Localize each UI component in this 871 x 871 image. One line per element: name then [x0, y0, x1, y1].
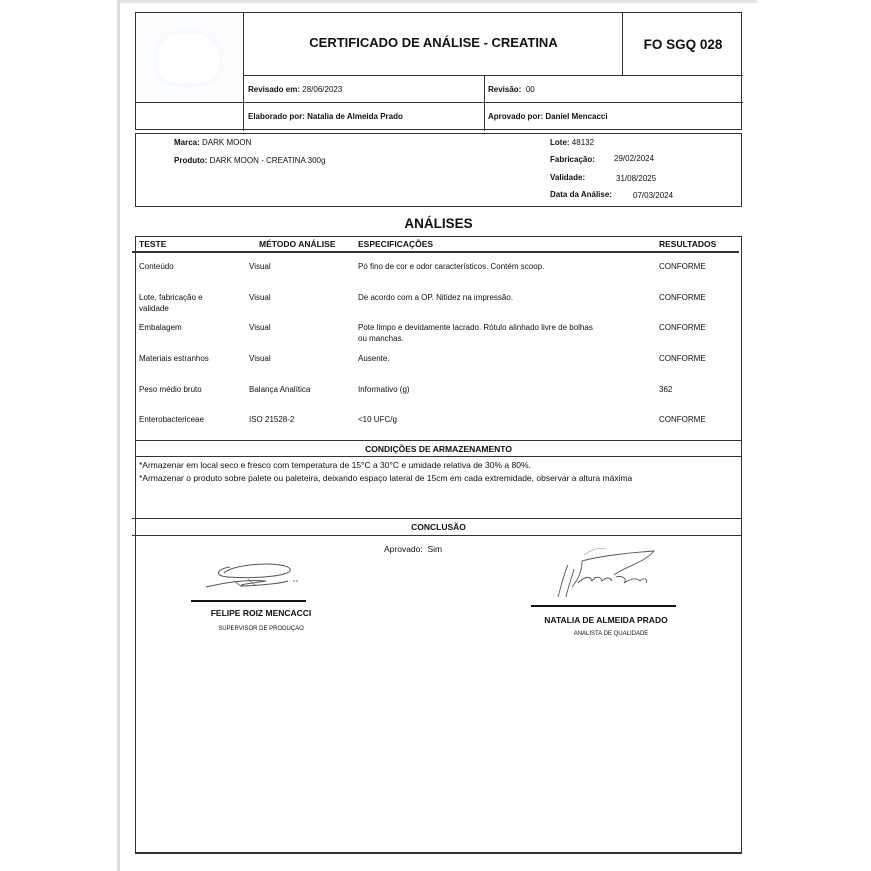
analyses-title: ANÁLISES — [135, 216, 742, 231]
storage-line-1: *Armazenar em local seco e fresco com te… — [139, 459, 729, 472]
elaborado-value: Natalia de Almeida Prado — [307, 112, 403, 121]
cell-especificacao: De acordo com a OP. Nitidez na impressão… — [358, 293, 598, 304]
cell-especificacao: Ausente. — [358, 354, 598, 365]
col-resultados: RESULTADOS — [659, 239, 716, 249]
cell-resultado: 362 — [659, 385, 739, 396]
fabricacao-label: Fabricação: — [550, 155, 595, 164]
document-header: CERTIFICADO DE ANÁLISE - CREATINA FO SGQ… — [135, 12, 742, 130]
cell-resultado: CONFORME — [659, 323, 739, 334]
cell-especificacao: Informativo (g) — [358, 385, 598, 396]
cell-especificacao: Pote limpo e devidamente lacrado. Rótulo… — [358, 323, 598, 344]
produto-field: Produto: DARK MOON - CREATINA 300g — [174, 156, 325, 165]
cell-metodo: Balança Analítica — [249, 385, 349, 396]
cell-teste: Peso médio bruto — [139, 385, 229, 396]
cell-especificacao: Pó fino de cor e odor característicos. C… — [358, 262, 598, 273]
fabricacao-value: 29/02/2024 — [614, 154, 654, 163]
col-metodo: MÉTODO ANÁLISE — [259, 239, 336, 249]
conclusion-approved: Aprovado: Sim — [384, 544, 442, 554]
signature-role-felipe: SUPERVISOR DE PRODUÇAO — [176, 626, 346, 632]
analise-value: 07/03/2024 — [633, 191, 673, 200]
validade-value: 31/08/2025 — [616, 174, 656, 183]
storage-line-2: *Armazenar o produto sobre palete ou pal… — [139, 472, 679, 485]
signature-felipe-icon — [194, 559, 304, 595]
conclusion-title: CONCLUSÃO — [136, 522, 741, 532]
analyses-table: TESTE MÉTODO ANÁLISE ESPECIFICAÇÕES RESU… — [135, 236, 742, 854]
cell-teste: Enterobactericeae — [139, 415, 229, 426]
cell-metodo: Visual — [249, 262, 349, 273]
cell-metodo: Visual — [249, 293, 349, 304]
logo-cell — [136, 13, 244, 103]
aprovado-field: Aprovado por: Daniel Mencacci — [488, 103, 608, 130]
cell-resultado: CONFORME — [659, 354, 739, 365]
col-especificacoes: ESPECIFICAÇÕES — [358, 239, 433, 249]
cell-resultado: CONFORME — [659, 262, 739, 273]
approved-value: Sim — [427, 544, 442, 554]
cell-resultado: CONFORME — [659, 415, 739, 426]
revisado-value: 28/06/2023 — [302, 85, 342, 94]
revisao-field: Revisão: 00 — [488, 76, 535, 102]
cell-metodo: ISO 21528-2 — [249, 415, 349, 426]
cell-teste: Materiais estranhos — [139, 354, 229, 365]
viewer-left-edge — [117, 0, 120, 871]
validade-label: Validade: — [550, 173, 585, 182]
aprovado-value: Daniel Mencacci — [545, 112, 607, 121]
cell-teste: Embalagem — [139, 323, 229, 334]
marca-field: Marca: DARK MOON — [174, 138, 251, 147]
analise-label: Data da Análise: — [550, 190, 612, 199]
signature-name-natalia: NATALIA DE ALMEIDA PRADO — [516, 615, 696, 625]
cell-metodo: Visual — [249, 354, 349, 365]
company-logo-icon — [158, 33, 220, 83]
cell-resultado: CONFORME — [659, 293, 739, 304]
cell-metodo: Visual — [249, 323, 349, 334]
document-title: CERTIFICADO DE ANÁLISE - CREATINA — [244, 13, 623, 76]
viewer-top-edge — [117, 0, 757, 3]
cell-teste: Conteúdo — [139, 262, 229, 273]
revisao-value: 00 — [526, 85, 535, 94]
revisado-field: Revisado em: 28/06/2023 — [248, 76, 342, 102]
lote-field: Lote: 48132 — [550, 138, 594, 147]
document-code: FO SGQ 028 — [623, 13, 743, 76]
cell-teste: Lote, fabricação e validade — [139, 293, 229, 314]
signature-natalia-icon — [544, 547, 664, 603]
storage-title: CONDIÇÕES DE ARMAZENAMENTO — [136, 444, 741, 454]
elaborado-field: Elaborado por: Natalia de Almeida Prado — [248, 103, 403, 130]
col-teste: TESTE — [139, 239, 166, 249]
signature-role-natalia: ANALISTA DE QUALIDADE — [531, 631, 691, 637]
cell-especificacao: <10 UFC/g — [358, 415, 598, 426]
product-info: Marca: DARK MOON Produto: DARK MOON - CR… — [135, 133, 742, 207]
signature-name-felipe: FELIPE ROIZ MENCACCI — [176, 608, 346, 618]
